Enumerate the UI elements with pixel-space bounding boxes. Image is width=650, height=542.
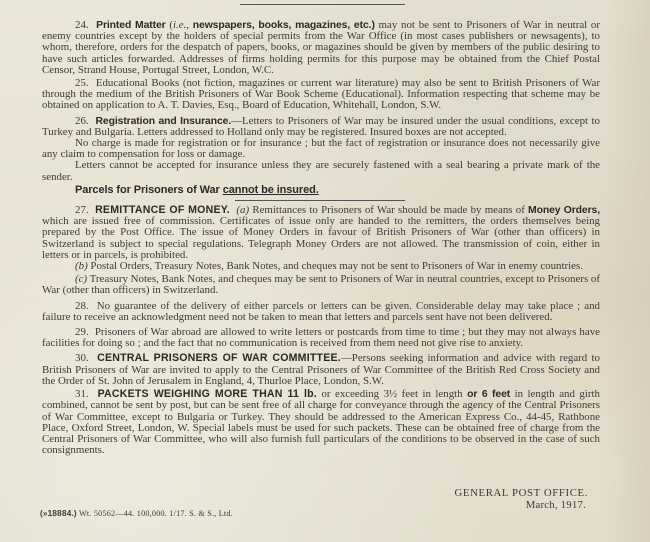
issue-date: March, 1917.: [455, 499, 586, 511]
section-number: 29.: [75, 326, 89, 338]
section-26: 26. Registration and Insurance.—Letters …: [42, 116, 600, 138]
clause-label: (b): [75, 260, 88, 272]
printer-imprint: (»18884.) Wt. 50562—44. 100,000. 1/17. S…: [40, 509, 233, 518]
section-text: No guarantee of the delivery of either p…: [42, 300, 600, 323]
parcels-notice-prefix: Parcels for Prisoners of War: [75, 184, 223, 196]
issuing-office: GENERAL POST OFFICE.: [455, 487, 588, 499]
parcels-notice: Parcels for Prisoners of War cannot be i…: [42, 185, 600, 196]
section-divider: [235, 200, 405, 201]
section-number: 28.: [75, 300, 89, 312]
section-text: Prisoners of War abroad are allowed to w…: [42, 326, 600, 349]
section-number: 26.: [75, 115, 89, 127]
section-24: 24. Printed Matter (i.e., newspapers, bo…: [42, 20, 600, 76]
section-26-paragraph: No charge is made for registration or fo…: [42, 138, 600, 160]
section-27-clause-b: (b) Postal Orders, Treasury Notes, Bank …: [42, 261, 600, 272]
document-body: 24. Printed Matter (i.e., newspapers, bo…: [42, 4, 600, 456]
section-text: Postal Orders, Treasury Notes, Bank Note…: [88, 260, 583, 272]
section-number: 31.: [75, 388, 89, 400]
section-heading: CENTRAL PRISONERS OF WAR COMMITTEE.: [97, 352, 341, 364]
section-text: Treasury Notes, Bank Notes, and cheques …: [42, 273, 600, 296]
section-31: 31. PACKETS WEIGHING MORE THAN 11 lb. or…: [42, 389, 600, 456]
section-heading: PACKETS WEIGHING MORE THAN 11 lb.: [98, 388, 317, 400]
section-25: 25. Educational Books (not fiction, maga…: [42, 78, 600, 112]
ie-abbrev: i.e.,: [173, 19, 189, 31]
imprint-code: (»18884.): [40, 509, 77, 518]
section-number: 27.: [75, 204, 89, 216]
paper-edge-shading: [602, 0, 650, 542]
section-text: or exceeding 3½ feet in length: [317, 388, 467, 400]
section-text: Remittances to Prisoners of War should b…: [249, 204, 528, 216]
section-29: 29. Prisoners of War abroad are allowed …: [42, 327, 600, 349]
clause-label: (a): [236, 204, 249, 216]
section-number: 24.: [75, 19, 89, 31]
section-26-paragraph: Letters cannot be accepted for insurance…: [42, 160, 600, 182]
signoff: GENERAL POST OFFICE. March, 1917.: [455, 487, 588, 511]
section-28: 28. No guarantee of the delivery of eith…: [42, 301, 600, 323]
imprint-details: Wt. 50562—44. 100,000. 1/17. S. & S., Lt…: [77, 509, 233, 518]
section-heading: REMITTANCE OF MONEY.: [95, 204, 230, 216]
section-27-clause-c: (c) Treasury Notes, Bank Notes, and cheq…: [42, 274, 600, 296]
section-number: 25.: [75, 77, 89, 89]
clause-label: (c): [75, 273, 87, 285]
section-text: which are issued free of commission. Cer…: [42, 215, 600, 261]
section-text: Educational Books (not fiction, magazine…: [42, 77, 600, 111]
section-number: 30.: [75, 352, 89, 364]
section-30: 30. CENTRAL PRISONERS OF WAR COMMITTEE.—…: [42, 353, 600, 387]
section-27: 27. REMITTANCE OF MONEY. (a) Remittances…: [42, 205, 600, 261]
parcels-notice-emphasis: cannot be insured.: [223, 184, 319, 196]
